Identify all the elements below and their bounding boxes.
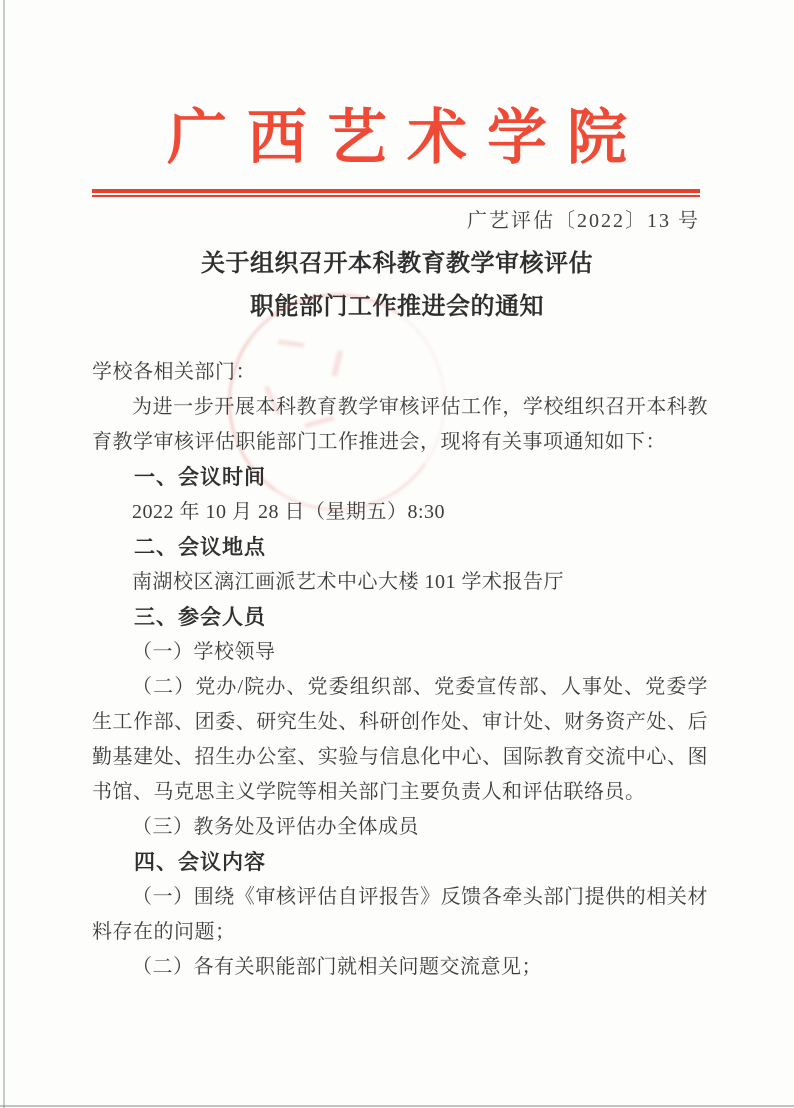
content-item-2: （二）各有关职能部门就相关问题交流意见； [92,950,708,985]
section-heading-meeting-location: 二、会议地点 [92,530,708,565]
document-number: 广艺评估〔2022〕13 号 [92,206,700,236]
meeting-location-value: 南湖校区漓江画派艺术中心大楼 101 学术报告厅 [92,565,708,600]
meeting-time-value: 2022 年 10 月 28 日（星期五）8:30 [92,495,708,530]
seal-mark [278,339,304,348]
content-item-1: （一）围绕《审核评估自评报告》反馈各牵头部门提供的相关材料存在的问题； [92,880,708,950]
section-heading-attendees: 三、参会人员 [92,600,708,635]
letterhead-divider-rule [92,189,700,197]
attendees-item-1: （一）学校领导 [92,635,708,670]
scan-edge-bottom [0,1105,794,1107]
section-heading-meeting-content: 四、会议内容 [92,845,708,880]
letterhead-institution-name: 广西艺术学院 [0,104,794,172]
attendees-item-2: （二）党办/院办、党委组织部、党委宣传部、人事处、党委学生工作部、团委、研究生处… [92,670,708,810]
attendees-item-3: （三）教务处及评估办全体成员 [92,810,708,845]
document-body: 学校各相关部门： 为进一步开展本科教育教学审核评估工作，学校组织召开本科教育教学… [92,355,708,985]
letterhead-divider-rule-thin [92,195,700,197]
document-title-line1: 关于组织召开本科教育教学审核评估 [0,243,794,286]
salutation: 学校各相关部门： [92,355,708,390]
document-page: 广西艺术学院 广艺评估〔2022〕13 号 关于组织召开本科教育教学审核评估 职… [0,0,794,1108]
section-heading-meeting-time: 一、会议时间 [92,460,708,495]
document-title: 关于组织召开本科教育教学审核评估 职能部门工作推进会的通知 [0,243,794,329]
document-title-line2: 职能部门工作推进会的通知 [0,286,794,329]
paragraph-intro: 为进一步开展本科教育教学审核评估工作，学校组织召开本科教育教学审核评估职能部门工… [92,390,708,460]
